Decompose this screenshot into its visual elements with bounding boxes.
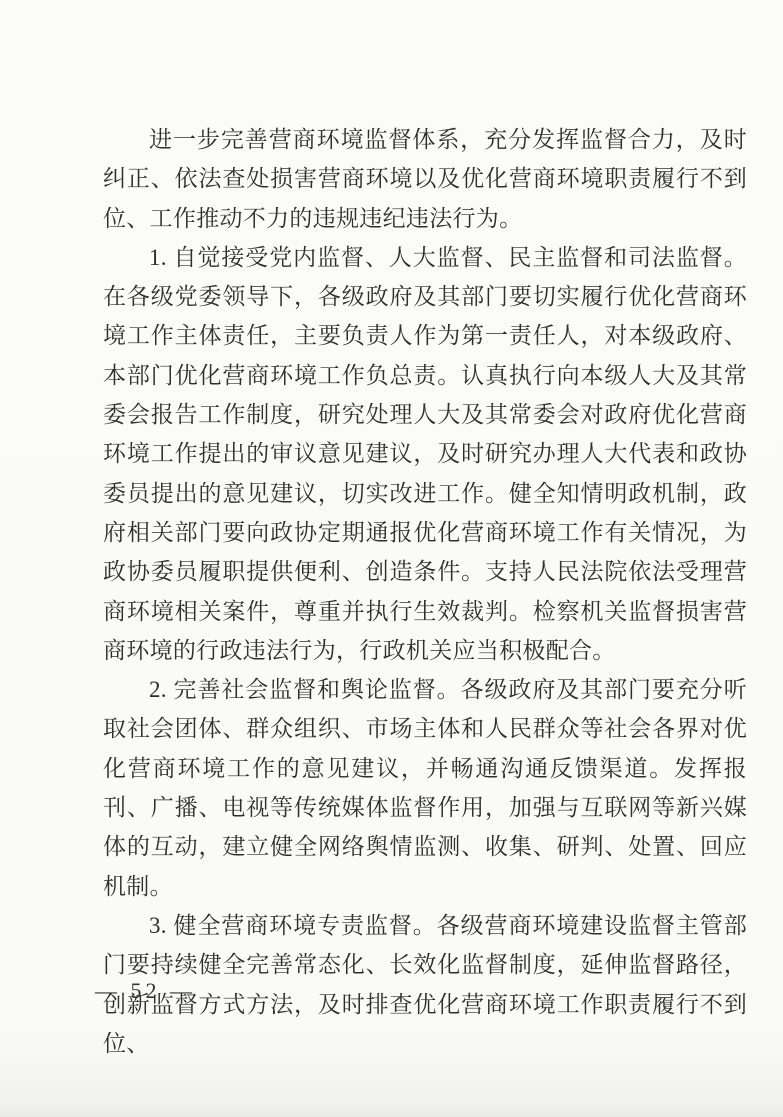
body-paragraph: 2. 完善社会监督和舆论监督。各级政府及其部门要充分听取社会团体、群众组织、市场… xyxy=(103,670,747,906)
document-body-text: 进一步完善营商环境监督体系，充分发挥监督合力，及时纠正、依法查处损害营商环境以及… xyxy=(103,120,747,1063)
page-number: — 52 — xyxy=(95,978,196,1004)
body-paragraph: 进一步完善营商环境监督体系，充分发挥监督合力，及时纠正、依法查处损害营商环境以及… xyxy=(103,120,747,238)
body-paragraph: 3. 健全营商环境专责监督。各级营商环境建设监督主管部门要持续健全完善常态化、长… xyxy=(103,906,747,1063)
body-paragraph: 1. 自觉接受党内监督、人大监督、民主监督和司法监督。在各级党委领导下，各级政府… xyxy=(103,238,747,670)
document-page: 进一步完善营商环境监督体系，充分发挥监督合力，及时纠正、依法查处损害营商环境以及… xyxy=(0,0,783,1117)
